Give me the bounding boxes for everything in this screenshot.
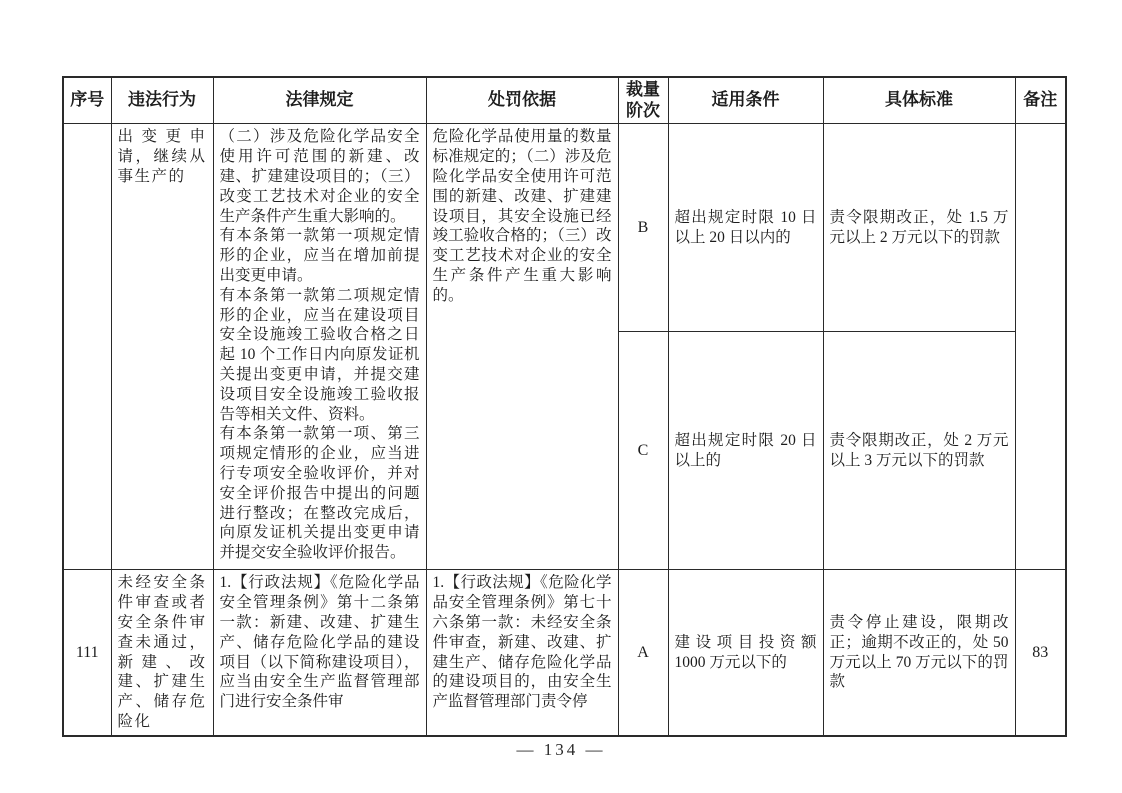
header-index: 序号 (63, 77, 111, 124)
cell-specific-standard-111: 责令停止建设，限期改正；逾期不改正的，处 50 万元以上 70 万元以下的罚款 (823, 570, 1015, 736)
document-page: 序号 违法行为 法律规定 处罚依据 裁量阶次 适用条件 具体标准 备注 出变更申… (62, 76, 1067, 737)
cell-legal-provision-continued: （二）涉及危险化学品安全使用许可范围的新建、改建、扩建建设项目的；（三）改变工艺… (213, 124, 426, 570)
table-header-row: 序号 违法行为 法律规定 处罚依据 裁量阶次 适用条件 具体标准 备注 (63, 77, 1066, 124)
cell-legal-provision-111: 1.【行政法规】《危险化学品安全管理条例》第十二条第一款：新建、改建、扩建生产、… (213, 570, 426, 736)
cell-specific-standard-c: 责令限期改正，处 2 万元以上 3 万元以下的罚款 (823, 332, 1015, 570)
header-legal-provision: 法律规定 (213, 77, 426, 124)
header-penalty-basis: 处罚依据 (426, 77, 618, 124)
table-row-111: 111 未经安全条件审查或者安全条件审查未通过，新建、改建、扩建生产、储存危险化… (63, 570, 1066, 736)
page-number: — 134 — (0, 740, 1122, 760)
table-row-continued-sub-b: 出变更申请，继续从事生产的 （二）涉及危险化学品安全使用许可范围的新建、改建、扩… (63, 124, 1066, 332)
header-discretion-level: 裁量阶次 (618, 77, 668, 124)
cell-discretion-level-b: B (618, 124, 668, 332)
cell-discretion-level-111: A (618, 570, 668, 736)
cell-remarks-continued (1015, 124, 1066, 570)
cell-remarks-111: 83 (1015, 570, 1066, 736)
cell-discretion-level-c: C (618, 332, 668, 570)
cell-violation-111: 未经安全条件审查或者安全条件审查未通过，新建、改建、扩建生产、储存危险化 (111, 570, 213, 736)
cell-applicable-condition-111: 建设项目投资额 1000 万元以下的 (668, 570, 823, 736)
cell-penalty-basis-111: 1.【行政法规】《危险化学品安全管理条例》第七十六条第一款：未经安全条件审查，新… (426, 570, 618, 736)
header-violation: 违法行为 (111, 77, 213, 124)
cell-penalty-basis-continued: 危险化学品使用量的数量标准规定的；（二）涉及危险化学品安全使用许可范围的新建、改… (426, 124, 618, 570)
header-applicable-condition: 适用条件 (668, 77, 823, 124)
cell-applicable-condition-b: 超出规定时限 10 日以上 20 日以内的 (668, 124, 823, 332)
cell-applicable-condition-c: 超出规定时限 20 日以上的 (668, 332, 823, 570)
cell-index-111: 111 (63, 570, 111, 736)
cell-specific-standard-b: 责令限期改正，处 1.5 万元以上 2 万元以下的罚款 (823, 124, 1015, 332)
header-remarks: 备注 (1015, 77, 1066, 124)
cell-violation-continued: 出变更申请，继续从事生产的 (111, 124, 213, 570)
cell-index-continued (63, 124, 111, 570)
penalty-standards-table: 序号 违法行为 法律规定 处罚依据 裁量阶次 适用条件 具体标准 备注 出变更申… (62, 76, 1067, 737)
header-specific-standard: 具体标准 (823, 77, 1015, 124)
